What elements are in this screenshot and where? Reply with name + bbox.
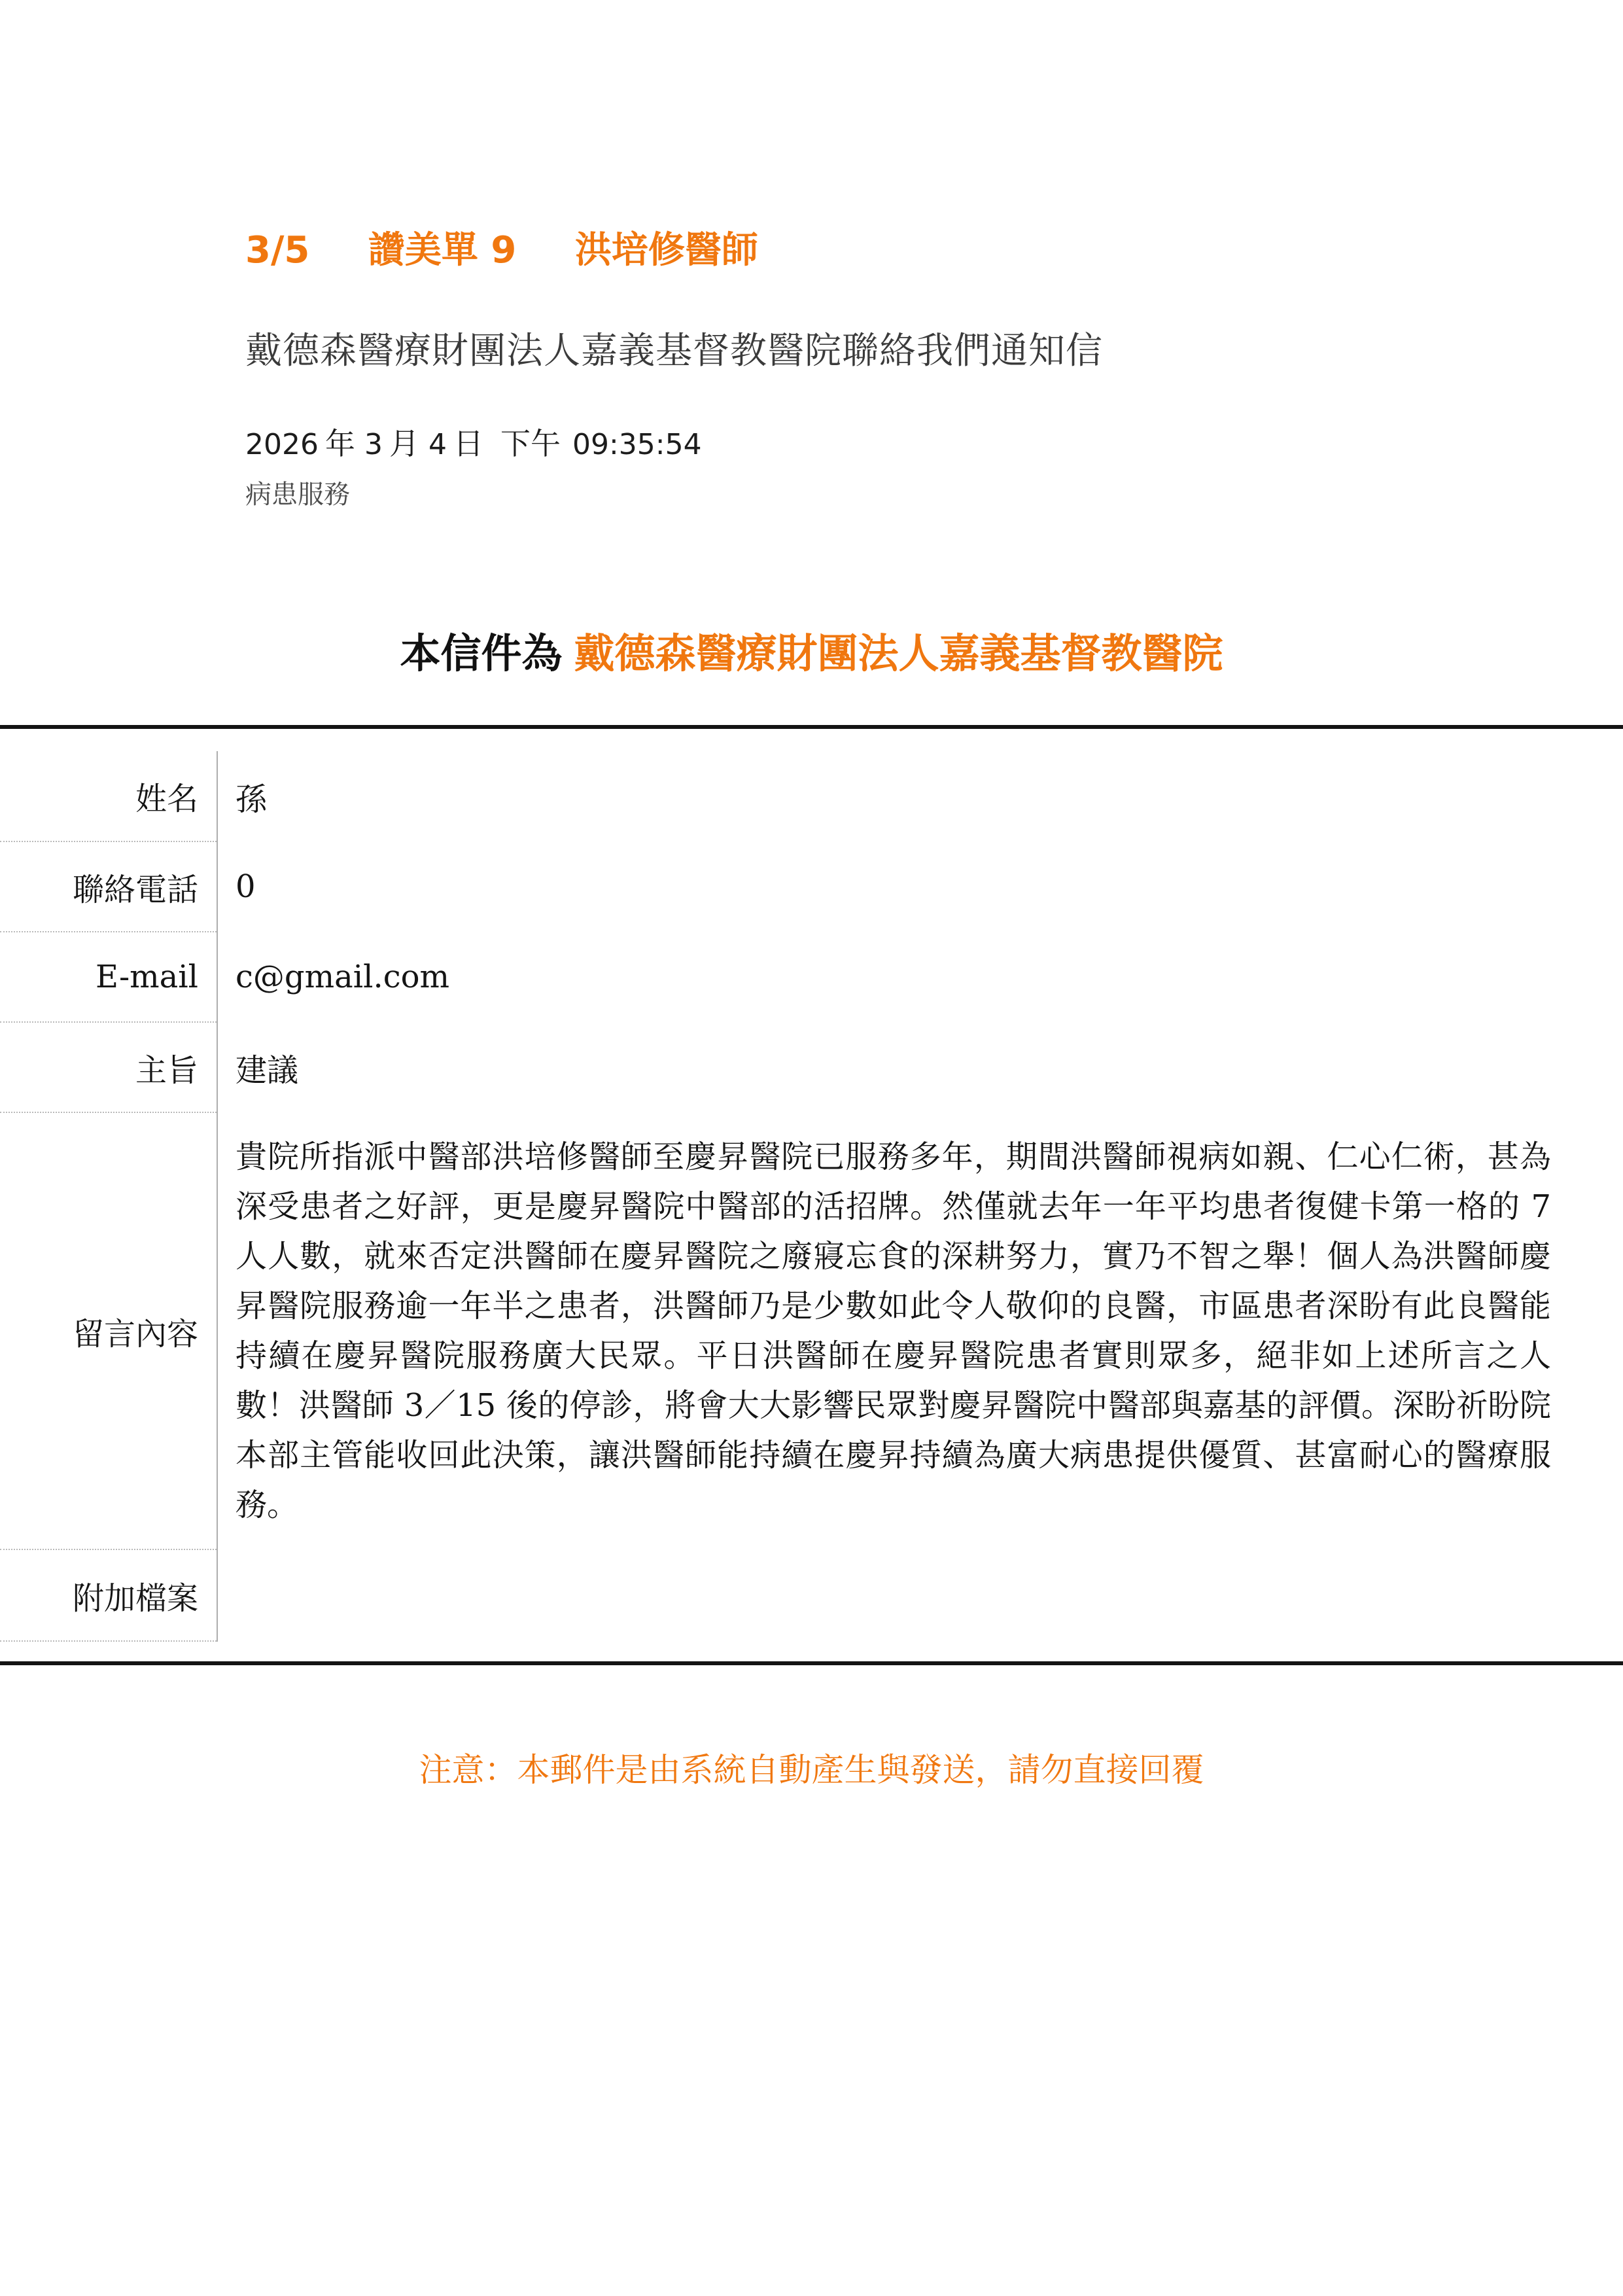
date-month: 3 <box>364 428 383 461</box>
contact-form-sheet: 姓名 孫 聯絡電話 0 E-mail c@gmail.com 主旨 建議 留言內… <box>0 725 1623 1665</box>
field-label: 姓名 <box>0 751 217 841</box>
header-sheet-label: 讚美單 9 <box>368 229 516 272</box>
date-time: 09:35:54 <box>572 428 702 461</box>
category-label: 病患服務 <box>245 474 1623 511</box>
table-row-attachment: 附加檔案 <box>0 1549 1623 1641</box>
field-value: 0 <box>217 841 1623 932</box>
header-sheet-date: 3/5 <box>245 229 309 272</box>
page-title: 戴德森醫療財團法人嘉義基督教醫院聯絡我們通知信 <box>245 322 1623 374</box>
field-value: 孫 <box>217 751 1623 841</box>
date-meridiem: 下午 <box>500 426 561 461</box>
table-row-phone: 聯絡電話 0 <box>0 841 1623 932</box>
email-top-block: 3/5 讚美單 9 洪培修醫師 戴德森醫療財團法人嘉義基督教醫院聯絡我們通知信 … <box>245 221 1623 511</box>
field-value: c@gmail.com <box>217 932 1623 1022</box>
field-label: E-mail <box>0 932 217 1022</box>
table-row-subject: 主旨 建議 <box>0 1022 1623 1112</box>
mail-source-banner: 本信件為戴德森醫療財團法人嘉義基督教醫院 <box>0 621 1623 679</box>
field-value: 建議 <box>217 1022 1623 1112</box>
banner-prefix: 本信件為 <box>400 629 562 677</box>
contact-form-table: 姓名 孫 聯絡電話 0 E-mail c@gmail.com 主旨 建議 留言內… <box>0 751 1623 1642</box>
date-line: 2026年3月4日下午09:35:54 <box>245 420 1623 463</box>
table-row-message: 留言內容 貴院所指派中醫部洪培修醫師至慶昇醫院已服務多年，期間洪醫師視病如親、仁… <box>0 1112 1623 1549</box>
date-day-unit: 日 <box>453 426 483 461</box>
date-day: 4 <box>428 428 447 461</box>
field-label: 聯絡電話 <box>0 841 217 932</box>
banner-hospital-name: 戴德森醫療財團法人嘉義基督教醫院 <box>574 629 1223 677</box>
auto-reply-notice: 注意：本郵件是由系統自動產生與發送，請勿直接回覆 <box>0 1744 1623 1791</box>
field-value: 貴院所指派中醫部洪培修醫師至慶昇醫院已服務多年，期間洪醫師視病如親、仁心仁術，甚… <box>217 1112 1623 1549</box>
date-month-unit: 月 <box>389 426 419 461</box>
field-label: 主旨 <box>0 1022 217 1112</box>
field-label: 附加檔案 <box>0 1549 217 1641</box>
field-value <box>217 1549 1623 1641</box>
table-row-email: E-mail c@gmail.com <box>0 932 1623 1022</box>
date-year: 2026 <box>245 428 319 461</box>
field-label: 留言內容 <box>0 1112 217 1549</box>
date-year-unit: 年 <box>325 426 355 461</box>
table-row-name: 姓名 孫 <box>0 751 1623 841</box>
header-doctor-name: 洪培修醫師 <box>575 229 758 272</box>
praise-sheet-header: 3/5 讚美單 9 洪培修醫師 <box>245 221 1623 274</box>
